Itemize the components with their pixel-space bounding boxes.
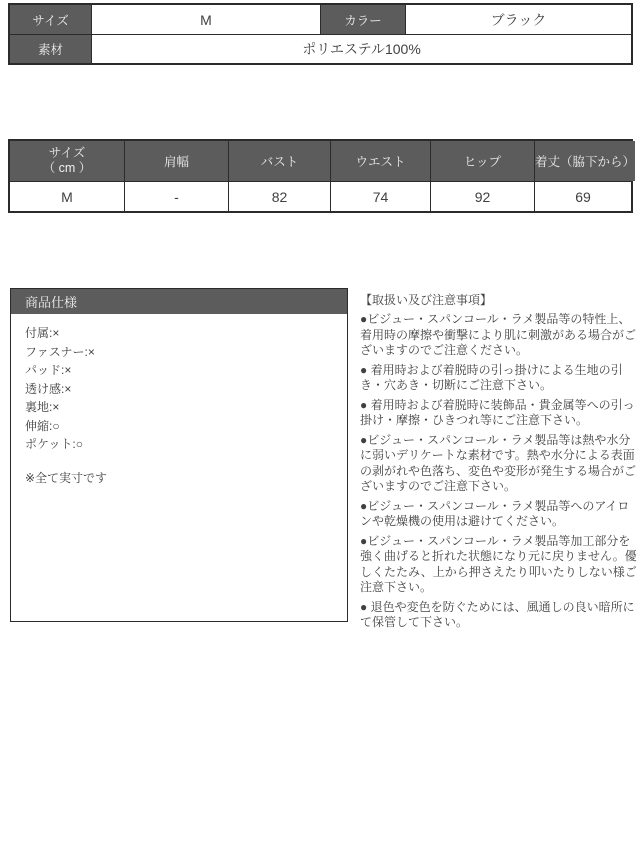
header-waist-cell: ウエスト <box>330 141 430 181</box>
handling-note-bending: ●ビジュー・スパンコール・ラメ製品等加工部分を強く曲げると折れた状態になり元に戻… <box>360 534 639 596</box>
header-shoulder-cell: 肩幅 <box>124 141 228 181</box>
attributes-row-1: サイズ M カラー ブラック <box>10 5 631 34</box>
material-label-cell: 素材 <box>10 35 91 63</box>
color-label-cell: カラー <box>320 5 405 34</box>
measurements-header-row: サイズ （ cm ） 肩幅 バスト ウエスト ヒップ 着丈（脇下から） <box>10 141 631 181</box>
handling-note-iron-dryer: ●ビジュー・スパンコール・ラメ製品等へのアイロンや乾燥機の使用は避けてください。 <box>360 499 639 530</box>
spec-box-title: 商品仕様 <box>11 289 347 314</box>
spec-item-lining: 裏地:× <box>25 398 333 417</box>
attributes-row-2: 素材 ポリエステル100% <box>10 34 631 63</box>
product-spec-box: 商品仕様 付属:× ファスナー:× パッド:× 透け感:× 裏地:× 伸縮:○ … <box>10 288 348 622</box>
size-value-cell: M <box>91 5 320 34</box>
header-size-line2: （ cm ） <box>43 161 92 176</box>
size-label-cell: サイズ <box>10 5 91 34</box>
value-waist-cell: 74 <box>330 182 430 211</box>
header-hip-cell: ヒップ <box>430 141 534 181</box>
material-value-cell: ポリエステル100% <box>91 35 631 63</box>
handling-note-jewelry: ● 着用時および着脱時に装飾品・貴金属等への引っ掛け・摩擦・ひきつれ等にご注意下… <box>360 398 639 429</box>
value-hip-cell: 92 <box>430 182 534 211</box>
color-value-cell: ブラック <box>405 5 631 34</box>
value-length-cell: 69 <box>534 182 631 211</box>
handling-notes: 【取扱い及び注意事項】 ●ビジュー・スパンコール・ラメ製品等の特性上、着用時の摩… <box>360 292 639 635</box>
spec-item-stretch: 伸縮:○ <box>25 417 333 436</box>
spec-item-pad: パッド:× <box>25 361 333 380</box>
measurements-data-row: M - 82 74 92 69 <box>10 181 631 211</box>
handling-note-storage: ● 退色や変色を防ぐためには、風通しの良い暗所にて保管して下さい。 <box>360 600 639 631</box>
header-size-cm-cell: サイズ （ cm ） <box>10 141 124 181</box>
measurements-table: サイズ （ cm ） 肩幅 バスト ウエスト ヒップ 着丈（脇下から） M - … <box>8 139 633 213</box>
handling-notes-title: 【取扱い及び注意事項】 <box>360 292 639 308</box>
header-length-cell: 着丈（脇下から） <box>534 141 635 181</box>
spec-item-fastener: ファスナー:× <box>25 343 333 362</box>
spec-note-actual-measurements: ※全て実寸です <box>25 469 333 487</box>
spec-item-accessory: 付属:× <box>25 324 333 343</box>
value-bust-cell: 82 <box>228 182 330 211</box>
handling-note-heat-moisture: ●ビジュー・スパンコール・ラメ製品等は熱や水分に弱いデリケートな素材です。熱や水… <box>360 433 639 495</box>
header-size-line1: サイズ <box>49 146 86 161</box>
spec-item-pocket: ポケット:○ <box>25 435 333 454</box>
header-bust-cell: バスト <box>228 141 330 181</box>
handling-note-friction: ●ビジュー・スパンコール・ラメ製品等の特性上、着用時の摩擦や衝撃により肌に刺激が… <box>360 312 639 359</box>
product-attributes-table: サイズ M カラー ブラック 素材 ポリエステル100% <box>8 3 633 65</box>
product-spec-page: サイズ M カラー ブラック 素材 ポリエステル100% サイズ （ cm ） … <box>0 0 640 853</box>
handling-note-snagging: ● 着用時および着脱時の引っ掛けによる生地の引き・穴あき・切断にご注意下さい。 <box>360 363 639 394</box>
value-shoulder-cell: - <box>124 182 228 211</box>
value-size-cell: M <box>10 182 124 211</box>
spec-item-sheerness: 透け感:× <box>25 380 333 399</box>
spec-box-body: 付属:× ファスナー:× パッド:× 透け感:× 裏地:× 伸縮:○ ポケット:… <box>11 314 347 497</box>
